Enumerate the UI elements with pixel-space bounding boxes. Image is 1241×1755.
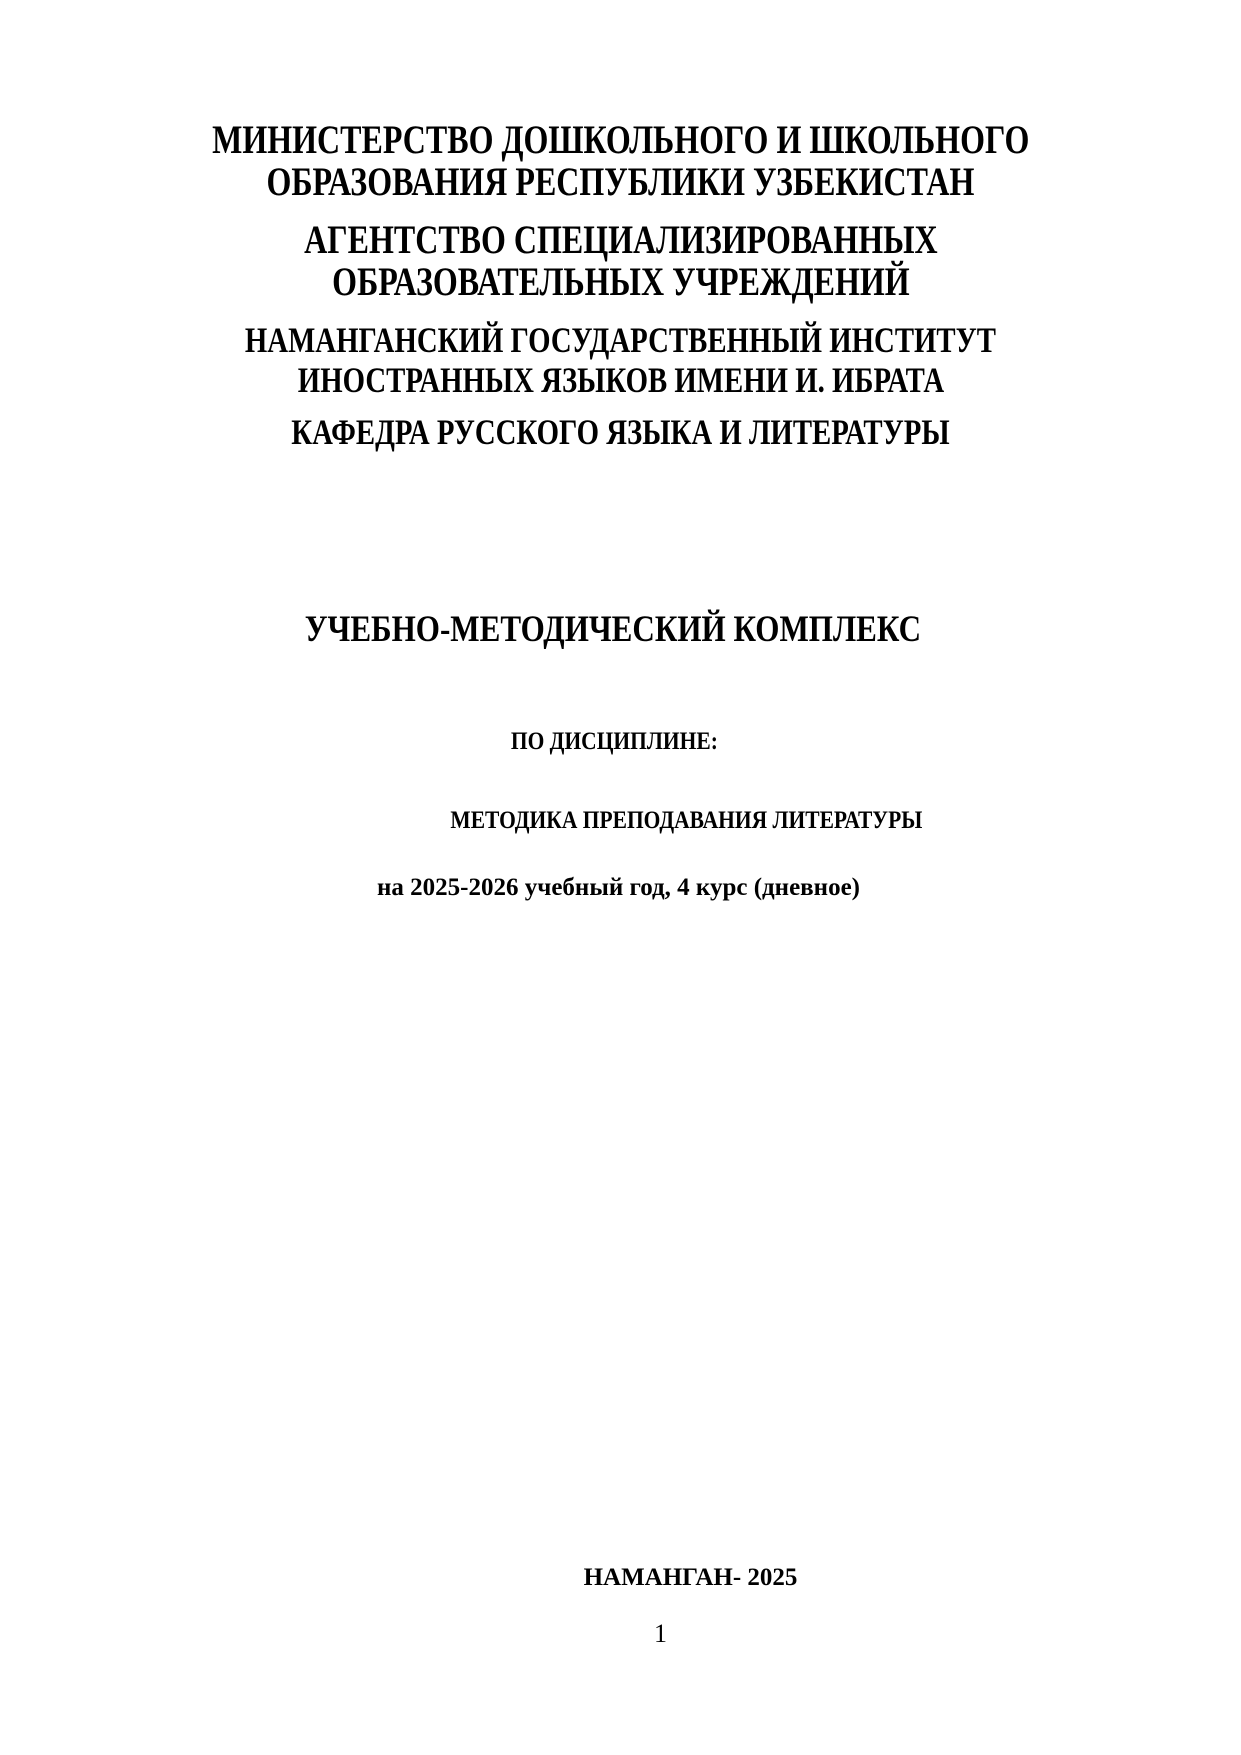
document-title: УЧЕБНО-МЕТОДИЧЕСКИЙ КОМПЛЕКС bbox=[0, 610, 1233, 650]
institute-line-1: НАМАНГАНСКИЙ ГОСУДАРСТВЕННЫЙ ИНСТИТУТ bbox=[0, 320, 1241, 360]
page-number: 1 bbox=[40, 1619, 1241, 1649]
institute-line-2: ИНОСТРАННЫХ ЯЗЫКОВ ИМЕНИ И. ИБРАТА bbox=[0, 360, 1241, 400]
ministry-line-2: ОБРАЗОВАНИЯ РЕСПУБЛИКИ УЗБЕКИСТАН bbox=[0, 160, 1241, 204]
agency-line-2: ОБРАЗОВАТЕЛЬНЫХ УЧРЕЖДЕНИЙ bbox=[0, 260, 1241, 304]
place-year: НАМАНГАН- 2025 bbox=[70, 1563, 1241, 1593]
department-name: КАФЕДРА РУССКОГО ЯЗЫКА И ЛИТЕРАТУРЫ bbox=[0, 412, 1241, 452]
discipline-name: МЕТОДИКА ПРЕПОДАВАНИЯ ЛИТЕРАТУРЫ bbox=[66, 806, 1241, 836]
ministry-line-1: МИНИСТЕРСТВО ДОШКОЛЬНОГО И ШКОЛЬНОГО bbox=[0, 118, 1241, 162]
agency-line-1: АГЕНТСТВО СПЕЦИАЛИЗИРОВАННЫХ bbox=[0, 218, 1241, 262]
academic-year: на 2025-2026 учебный год, 4 курс (дневно… bbox=[0, 873, 1239, 903]
discipline-label: ПО ДИСЦИПЛИНЕ: bbox=[0, 727, 1235, 757]
